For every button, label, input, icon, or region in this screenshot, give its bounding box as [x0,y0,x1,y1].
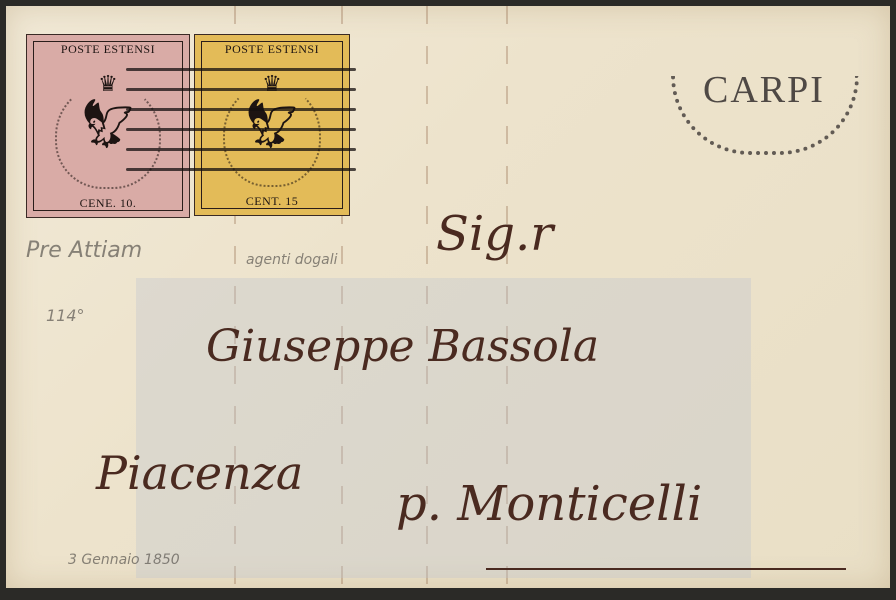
stamp-header: POSTE ESTENSI [45,42,171,57]
address-line-1: Sig.r [436,206,553,262]
stamp-15-cent: POSTE ESTENSI ♛ 🦅︎ CENT. 15 [194,34,350,216]
pencil-note: agenti dogali [246,252,337,268]
address-line-4: p. Monticelli [396,476,702,532]
address-line-2: Giuseppe Bassola [206,321,599,372]
crown-icon: ♛ [262,71,282,97]
grid-cancel [126,148,356,151]
grid-cancel [126,88,356,91]
pencil-note: Pre Attiam [26,238,142,263]
grid-cancel [126,168,356,171]
stamp-header: POSTE ESTENSI [213,42,331,57]
pencil-number: 114° [46,306,85,325]
stamp-value: CENT. 15 [213,194,331,209]
address-underline [486,568,846,570]
crown-icon: ♛ [98,71,118,97]
grid-cancel [126,68,356,71]
stamp-value: CENE. 10. [45,196,171,211]
pencil-date: 3 Gennaio 1850 [68,552,180,568]
carpi-postmark: CARPI [671,46,851,156]
stamp-10-cent: POSTE ESTENSI ♛ 🦅︎ CENE. 10. [26,34,190,218]
address-line-3: Piacenza [96,446,303,500]
letter-sheet: POSTE ESTENSI ♛ 🦅︎ CENE. 10. POSTE ESTEN… [6,6,890,588]
grid-cancel [126,108,356,111]
grid-cancel [126,128,356,131]
